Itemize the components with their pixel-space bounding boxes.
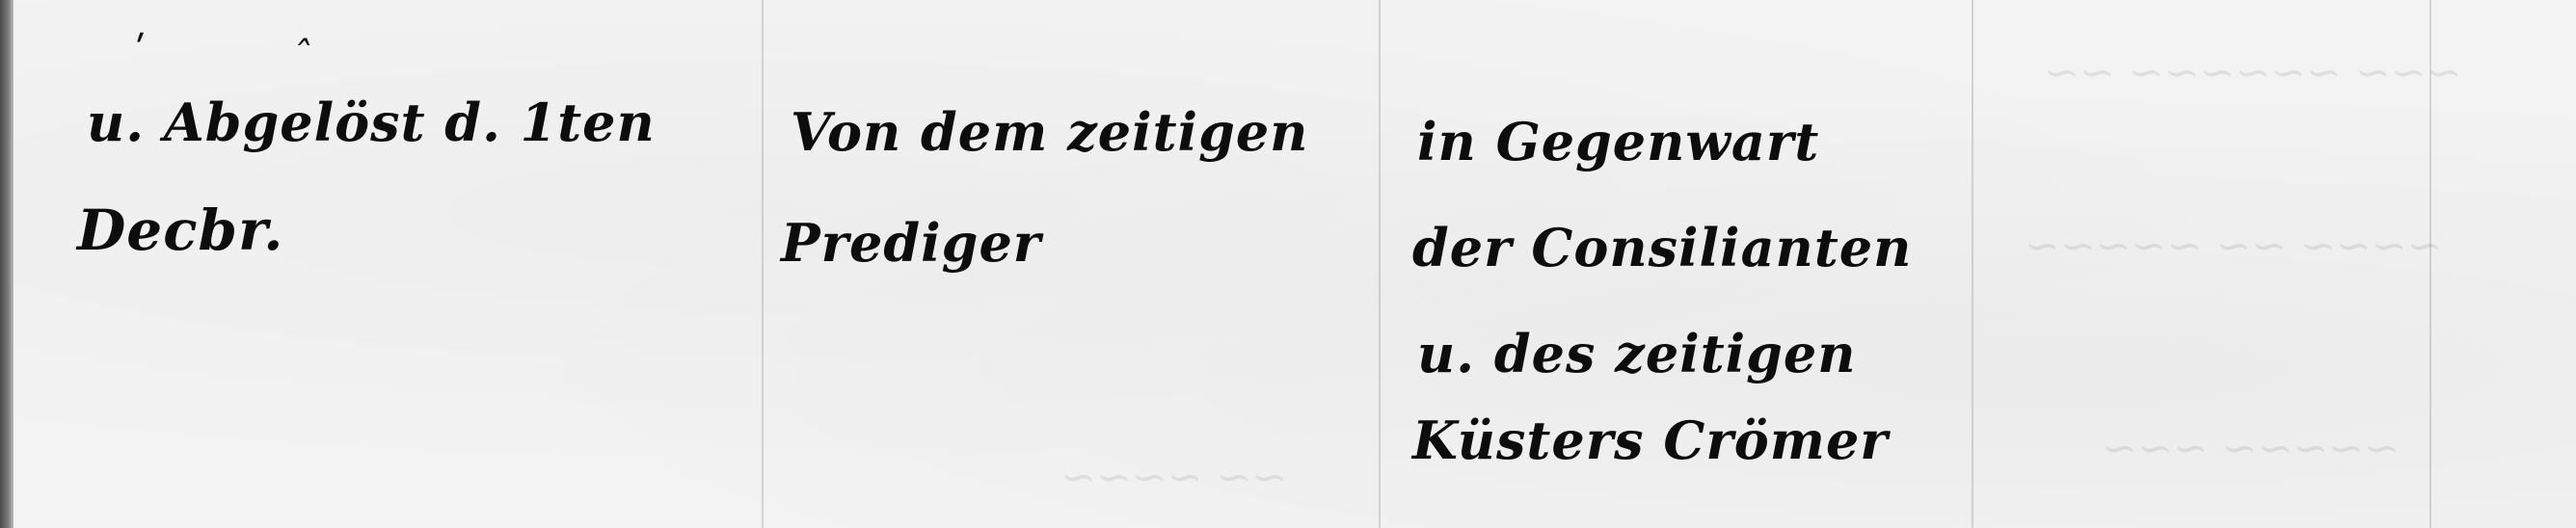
bleed-through-text: ~~ ~~~~ xyxy=(1060,453,1287,502)
binding-edge xyxy=(0,0,13,528)
handwritten-line: u. Abgelöst d. 1ten xyxy=(87,92,656,153)
column-rule-1 xyxy=(762,0,764,528)
column-rule-3 xyxy=(1972,0,1973,528)
bleed-through-text: ~~~~~ ~~~ xyxy=(2102,424,2400,473)
col3-line3: u. des zeitigen xyxy=(1417,328,1857,380)
col2-line1: Von dem zeitigen xyxy=(791,106,1308,158)
scanned-page: ~~~ ~~~~~~ ~~ ~~~~ ~~ ~~~~~ ~~~~~ ~~~ ~~… xyxy=(0,0,2576,528)
bleed-through-text: ~~~ ~~~~~~ ~~ xyxy=(2044,48,2462,97)
col1-line1: u. Abgelöst d. 1ten xyxy=(87,96,656,148)
column-rule-2 xyxy=(1379,0,1381,528)
col3-line4: Küsters Crömer xyxy=(1412,414,1889,466)
col3-line2: der Consilianten xyxy=(1412,222,1912,274)
accent-mark: ʹ xyxy=(135,29,146,73)
col3-line1: in Gegenwart xyxy=(1417,116,1819,168)
bleed-through-text: ~~~~ ~~ ~~~~~ xyxy=(2025,222,2443,271)
accent-mark: ˆ xyxy=(291,35,310,79)
col1-line2: Decbr. xyxy=(77,202,284,258)
col2-line2: Prediger xyxy=(781,217,1041,269)
